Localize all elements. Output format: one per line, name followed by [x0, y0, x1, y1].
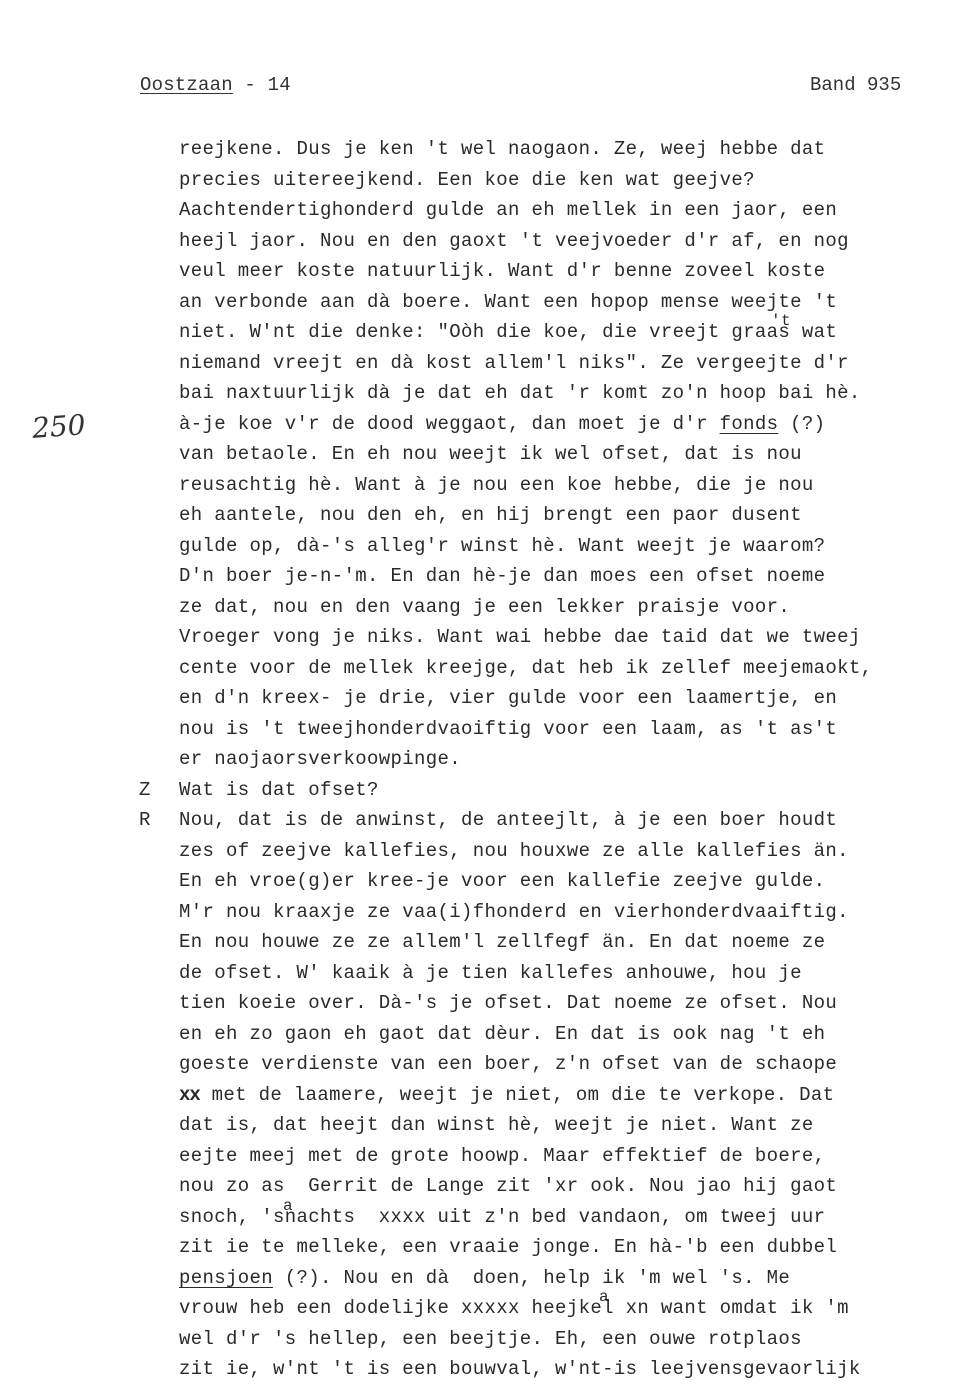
transcript-line: eejte meej met de grote hoowp. Maar effe…: [179, 1141, 939, 1172]
line-text: eh aantele, nou den eh, en hij brengt ee…: [179, 504, 802, 526]
line-text: En nou houwe ze ze allem'l zellfegf än. …: [179, 931, 825, 953]
transcript-line: tien koeie over. Dà-'s je ofset. Dat noe…: [179, 988, 939, 1019]
place-name: Oostzaan: [140, 74, 233, 96]
line-text: Nou, dat is de anwinst, de anteejlt, à j…: [179, 809, 837, 831]
line-text: M'r nou kraaxje ze vaa(i)fhonderd en vie…: [179, 901, 849, 923]
line-text: an verbonde aan dà boere. Want een hopop…: [179, 291, 837, 313]
tape-label: Band 935: [810, 74, 901, 96]
line-text: en eh zo gaon eh gaot dat dèur. En dat i…: [179, 1023, 825, 1045]
transcript-line: niemand vreejt en dà kost allem'l niks".…: [179, 348, 939, 379]
line-text: dat is, dat heejt dan winst hè, weejt je…: [179, 1114, 814, 1136]
transcript-line: cente voor de mellek kreejge, dat heb ik…: [179, 653, 939, 684]
interlinear-insertion: 't: [771, 313, 791, 329]
transcript-line: En eh vroe(g)er kree-je voor een kallefi…: [179, 866, 939, 897]
line-text: bai naxtuurlijk dà je dat eh dat 'r komt…: [179, 382, 861, 404]
transcript-body: reejkene. Dus je ken 't wel naogaon. Ze,…: [179, 134, 939, 1385]
transcript-line: gulde op, dà-'s alleg'r winst hè. Want w…: [179, 531, 939, 562]
line-text: zes of zeejve kallefies, nou houxwe ze a…: [179, 840, 849, 862]
page-header-left: Oostzaan - 14: [140, 74, 291, 96]
line-text: ze dat, nou en den vaang je een lekker p…: [179, 596, 790, 618]
transcript-line: snoch, 'snachts xxxx uit z'n bed vandaon…: [179, 1202, 939, 1233]
line-text: tien koeie over. Dà-'s je ofset. Dat noe…: [179, 992, 837, 1014]
line-text: nou is 't tweejhonderdvaoiftig voor een …: [179, 718, 837, 740]
transcript-line: En nou houwe ze ze allem'l zellfegf än. …: [179, 927, 939, 958]
transcript-line: reejkene. Dus je ken 't wel naogaon. Ze,…: [179, 134, 939, 165]
interlinear-insertion: a: [283, 1198, 293, 1214]
line-text-continued: (?). Nou en dà doen, help ik 'm wel 's. …: [273, 1267, 790, 1289]
underlined-uncertain-word: fonds: [720, 413, 779, 435]
transcript-line: D'n boer je-n-'m. En dan hè-je dan moes …: [179, 561, 939, 592]
transcript-line: Vroeger vong je niks. Want wai hebbe dae…: [179, 622, 939, 653]
line-text: Vroeger vong je niks. Want wai hebbe dae…: [179, 626, 861, 648]
transcript-line: ze dat, nou en den vaang je een lekker p…: [179, 592, 939, 623]
transcript-line: RNou, dat is de anwinst, de anteejlt, à …: [179, 805, 939, 836]
transcript-line: zit ie, w'nt 't is een bouwval, w'nt-is …: [179, 1354, 939, 1385]
transcript-line: zit ie te melleke, een vraaie jonge. En …: [179, 1232, 939, 1263]
line-text: zit ie, w'nt 't is een bouwval, w'nt-is …: [179, 1358, 861, 1380]
line-text: eejte meej met de grote hoowp. Maar effe…: [179, 1145, 825, 1167]
line-text: wel d'r 's hellep, een beejtje. Eh, een …: [179, 1328, 802, 1350]
transcript-line: bai naxtuurlijk dà je dat eh dat 'r komt…: [179, 378, 939, 409]
line-text: vrouw heb een dodelijke xxxxx heejkel xn…: [179, 1297, 849, 1319]
transcript-line: niet. W'nt die denke: "Oòh die koe, die …: [179, 317, 939, 348]
line-text: D'n boer je-n-'m. En dan hè-je dan moes …: [179, 565, 825, 587]
handwritten-margin-note: 250: [31, 408, 87, 445]
transcript-line: en eh zo gaon eh gaot dat dèur. En dat i…: [179, 1019, 939, 1050]
line-text: goeste verdienste van een boer, z'n ofse…: [179, 1053, 837, 1075]
transcript-line: van betaole. En eh nou weejt ik wel ofse…: [179, 439, 939, 470]
transcript-line: an verbonde aan dà boere. Want een hopop…: [179, 287, 939, 318]
transcript-line: en d'n kreex- je drie, vier gulde voor e…: [179, 683, 939, 714]
line-text: niet. W'nt die denke: "Oòh die koe, die …: [179, 321, 837, 343]
transcript-line: wel d'r 's hellep, een beejtje. Eh, een …: [179, 1324, 939, 1355]
line-text: de ofset. W' kaaik à je tien kallefes an…: [179, 962, 802, 984]
line-text: gulde op, dà-'s alleg'r winst hè. Want w…: [179, 535, 825, 557]
speaker-label: R: [139, 805, 159, 836]
transcript-line: pensjoen (?). Nou en dà doen, help ik 'm…: [179, 1263, 939, 1294]
transcript-line: de ofset. W' kaaik à je tien kallefes an…: [179, 958, 939, 989]
line-text: Aachtendertighonderd gulde an eh mellek …: [179, 199, 837, 221]
struck-out-text: xx: [179, 1084, 200, 1106]
transcript-line: heejl jaor. Nou en den gaoxt 't veejvoed…: [179, 226, 939, 257]
transcript-line: xx met de laamere, weejt je niet, om die…: [179, 1080, 939, 1111]
transcript-line: nou zo as Gerrit de Lange zit 'xr ook. N…: [179, 1171, 939, 1202]
line-text: niemand vreejt en dà kost allem'l niks".…: [179, 352, 849, 374]
line-text: reusachtig hè. Want à je nou een koe heb…: [179, 474, 814, 496]
line-text: cente voor de mellek kreejge, dat heb ik…: [179, 657, 872, 679]
line-text: zit ie te melleke, een vraaie jonge. En …: [179, 1236, 837, 1258]
transcript-line: nou is 't tweejhonderdvaoiftig voor een …: [179, 714, 939, 745]
typewritten-page: Oostzaan - 14 Band 935 250 reejkene. Dus…: [0, 0, 973, 1392]
transcript-line: goeste verdienste van een boer, z'n ofse…: [179, 1049, 939, 1080]
transcript-line: Aachtendertighonderd gulde an eh mellek …: [179, 195, 939, 226]
line-text-continued: (?): [778, 413, 825, 435]
line-text: er naojaorsverkoowpinge.: [179, 748, 461, 770]
line-text: heejl jaor. Nou en den gaoxt 't veejvoed…: [179, 230, 849, 252]
line-text: van betaole. En eh nou weejt ik wel ofse…: [179, 443, 802, 465]
transcript-line: M'r nou kraaxje ze vaa(i)fhonderd en vie…: [179, 897, 939, 928]
transcript-line: eh aantele, nou den eh, en hij brengt ee…: [179, 500, 939, 531]
line-text: veul meer koste natuurlijk. Want d'r ben…: [179, 260, 825, 282]
transcript-line: precies uitereejkend. Een koe die ken wa…: [179, 165, 939, 196]
header-separator: -: [233, 74, 268, 96]
transcript-line: er naojaorsverkoowpinge.: [179, 744, 939, 775]
interlinear-insertion: a: [599, 1289, 609, 1305]
transcript-line: vrouw heb een dodelijke xxxxx heejkel xn…: [179, 1293, 939, 1324]
transcript-line: dat is, dat heejt dan winst hè, weejt je…: [179, 1110, 939, 1141]
line-text: precies uitereejkend. Een koe die ken wa…: [179, 169, 755, 191]
transcript-line: zes of zeejve kallefies, nou houxwe ze a…: [179, 836, 939, 867]
line-text: met de laamere, weejt je niet, om die te…: [200, 1084, 835, 1106]
line-text: en d'n kreex- je drie, vier gulde voor e…: [179, 687, 837, 709]
transcript-line: à-je koe v'r de dood weggaot, dan moet j…: [179, 409, 939, 440]
underlined-uncertain-word: pensjoen: [179, 1267, 273, 1289]
line-text: En eh vroe(g)er kree-je voor een kallefi…: [179, 870, 825, 892]
line-text: à-je koe v'r de dood weggaot, dan moet j…: [179, 413, 720, 435]
line-text: nou zo as Gerrit de Lange zit 'xr ook. N…: [179, 1175, 837, 1197]
speaker-label: Z: [139, 775, 159, 806]
page-number: 14: [268, 74, 291, 96]
transcript-line: veul meer koste natuurlijk. Want d'r ben…: [179, 256, 939, 287]
transcript-line: reusachtig hè. Want à je nou een koe heb…: [179, 470, 939, 501]
line-text: reejkene. Dus je ken 't wel naogaon. Ze,…: [179, 138, 825, 160]
line-text: snoch, 'snachts xxxx uit z'n bed vandaon…: [179, 1206, 825, 1228]
line-text: Wat is dat ofset?: [179, 779, 379, 801]
transcript-line: ZWat is dat ofset?: [179, 775, 939, 806]
